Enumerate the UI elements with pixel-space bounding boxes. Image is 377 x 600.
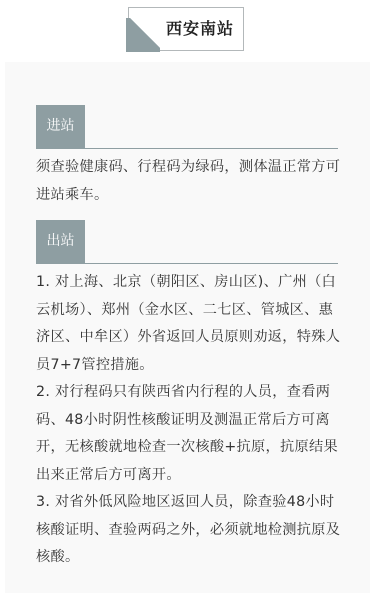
station-title: 西安南站 [156,7,244,51]
section-header-entry: 进站 [36,105,338,149]
entry-rule: 须查验健康码、行程码为绿码，测体温正常方可进站乘车。 [36,154,341,209]
exit-rule-2: 2. 对行程码只有陕西省内行程的人员，查看两码、48小时阴性核酸证明及测温正常后… [36,379,341,489]
content-panel: 进站 须查验健康码、行程码为绿码，测体温正常方可进站乘车。 出站 1. 对上海、… [5,62,370,593]
station-title-badge: 西安南站 [126,7,246,53]
exit-rule-1: 1. 对上海、北京（朝阳区、房山区)、广州（白云机场）、郑州（金水区、二七区、管… [36,269,341,379]
section-tab-exit: 出站 [36,220,85,263]
entry-rules-text: 须查验健康码、行程码为绿码，测体温正常方可进站乘车。 [36,154,341,209]
exit-rule-3: 3. 对省外低风险地区返回人员，除查验48小时核酸证明、查验两码之外，必须就地检… [36,489,341,572]
exit-rules-text: 1. 对上海、北京（朝阳区、房山区)、广州（白云机场）、郑州（金水区、二七区、管… [36,269,341,572]
section-header-exit: 出站 [36,220,338,264]
section-tab-entry: 进站 [36,105,85,148]
